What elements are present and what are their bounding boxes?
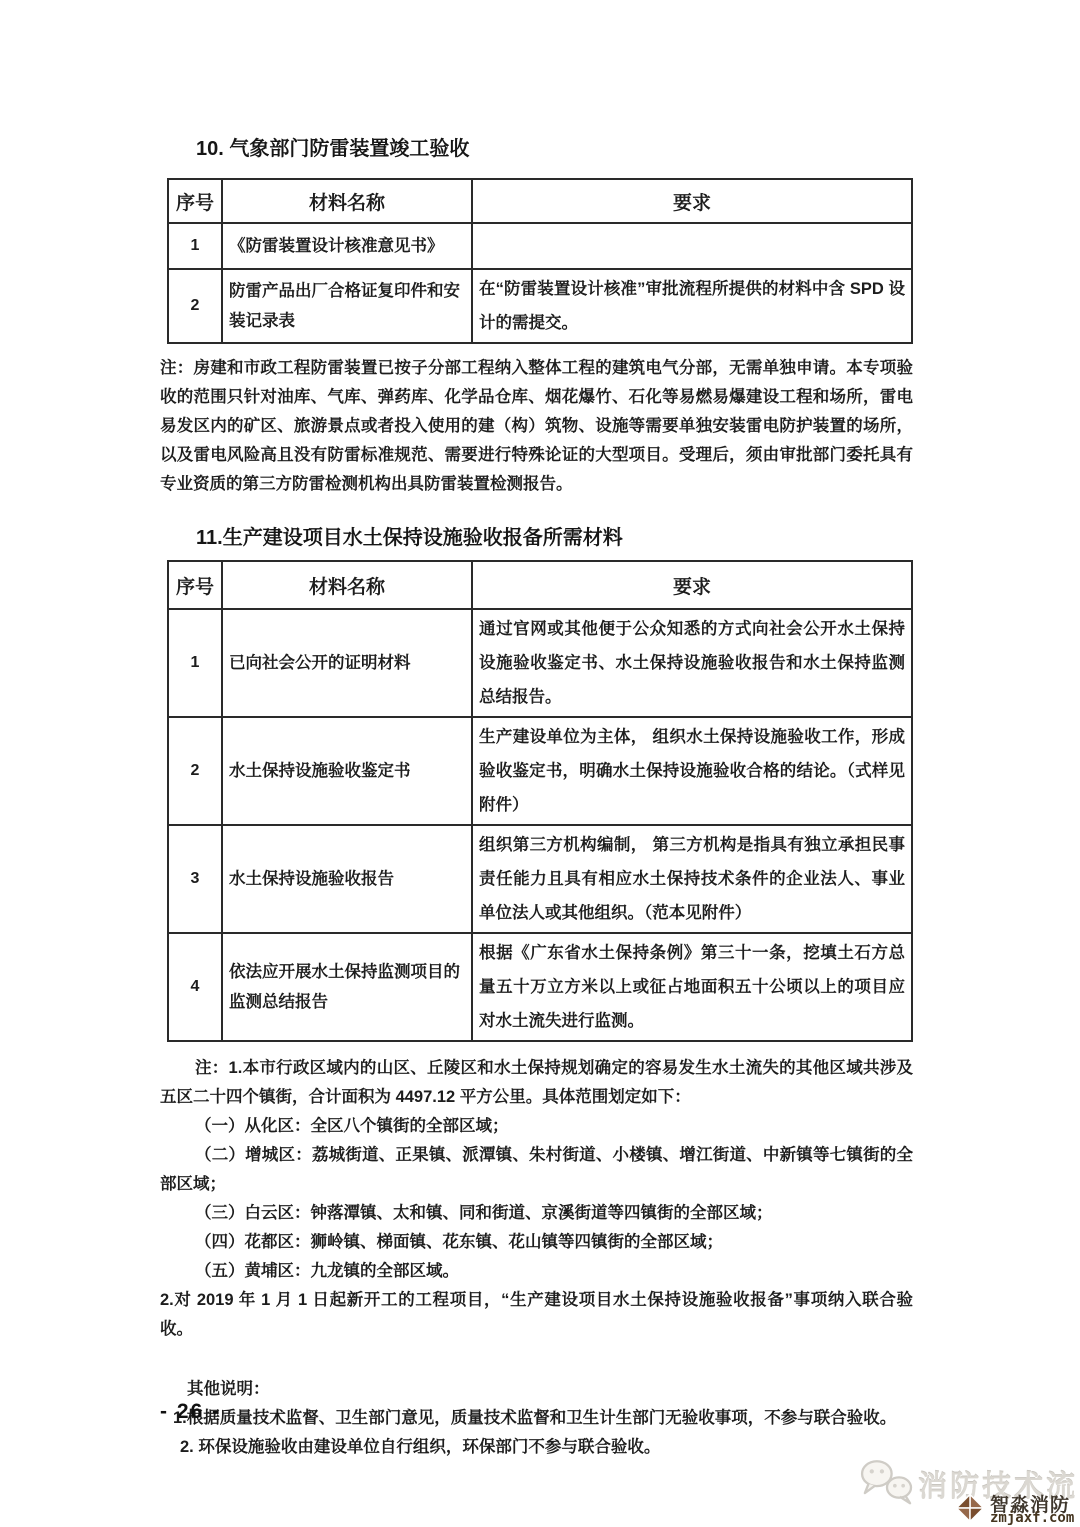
row-number-cell: 2 — [168, 717, 222, 825]
table-row: 1 已向社会公开的证明材料 通过官网或其他便于公众知悉的方式向社会公开水土保持设… — [168, 609, 912, 717]
table-row: 1 《防雷装置设计核准意见书》 — [168, 223, 912, 269]
other-notes-item: 2. 环保设施验收由建设单位自行组织，环保部门不参与联合验收。 — [160, 1433, 913, 1462]
table-row: 2 水土保持设施验收鉴定书 生产建设单位为主体， 组织水土保持设施验收工作，形成… — [168, 717, 912, 825]
watermark: 消防技术流 智淼消防 zmjaxf.com — [850, 1448, 1080, 1527]
other-notes-block: 其他说明： 1.根据质量技术监督、卫生部门意见，质量技术监督和卫生计生部门无验收… — [160, 1375, 913, 1462]
document-page: 10. 气象部门防雷装置竣工验收 序号 材料名称 要求 1 《防雷装置设计核准意… — [0, 0, 1080, 1527]
header-requirement: 要求 — [472, 561, 912, 609]
header-no: 序号 — [168, 561, 222, 609]
requirement-cell: 根据《广东省水土保持条例》第三十一条，挖填土石方总量五十万立方米以上或征占地面积… — [472, 933, 912, 1041]
material-cell: 已向社会公开的证明材料 — [222, 609, 472, 717]
section10-note: 注：房建和市政工程防雷装置已按子分部工程纳入整体工程的建筑电气分部，无需单独申请… — [160, 354, 913, 499]
table-row: 2 防雷产品出厂合格证复印件和安装记录表 在“防雷装置设计核准”审批流程所提供的… — [168, 269, 912, 343]
row-number-cell: 4 — [168, 933, 222, 1041]
row-number-cell: 1 — [168, 609, 222, 717]
header-requirement: 要求 — [472, 179, 912, 223]
requirement-cell: 通过官网或其他便于公众知悉的方式向社会公开水土保持设施验收鉴定书、水土保持设施验… — [472, 609, 912, 717]
row-number-cell: 2 — [168, 269, 222, 343]
row-number-cell: 1 — [168, 223, 222, 269]
watermark-brand-url: zmjaxf.com — [990, 1510, 1074, 1526]
table-row: 3 水土保持设施验收报告 组织第三方机构编制， 第三方机构是指具有独立承担民事责… — [168, 825, 912, 933]
requirement-cell: 生产建设单位为主体， 组织水土保持设施验收工作，形成验收鉴定书，明确水土保持设施… — [472, 717, 912, 825]
material-cell: 水土保持设施验收鉴定书 — [222, 717, 472, 825]
material-cell: 《防雷装置设计核准意见书》 — [222, 223, 472, 269]
wechat-icon — [856, 1458, 918, 1506]
section11-note-item: （一）从化区：全区八个镇街的全部区域； — [160, 1112, 913, 1141]
section11-title: 11.生产建设项目水土保持设施验收报备所需材料 — [160, 525, 913, 551]
section11-note-2019: 2.对 2019 年 1 月 1 日起新开工的工程项目，“生产建设项目水土保持设… — [160, 1286, 913, 1344]
section11-note-item: （四）花都区：狮岭镇、梯面镇、花东镇、花山镇等四镇街的全部区域； — [160, 1228, 913, 1257]
material-cell: 防雷产品出厂合格证复印件和安装记录表 — [222, 269, 472, 343]
document-content: 10. 气象部门防雷装置竣工验收 序号 材料名称 要求 1 《防雷装置设计核准意… — [160, 0, 913, 1462]
section11-note-item: （三）白云区：钟落潭镇、太和镇、同和街道、京溪街道等四镇街的全部区域； — [160, 1199, 913, 1228]
section11-note-main: 注：1.本市行政区域内的山区、丘陵区和水土保持规划确定的容易发生水土流失的其他区… — [160, 1054, 913, 1112]
other-notes-item: 1.根据质量技术监督、卫生部门意见，质量技术监督和卫生计生部门无验收事项，不参与… — [160, 1404, 913, 1433]
section11-note-item: （五）黄埔区：九龙镇的全部区域。 — [160, 1257, 913, 1286]
section10-title: 10. 气象部门防雷装置竣工验收 — [160, 136, 913, 162]
header-material: 材料名称 — [222, 179, 472, 223]
table-header-row: 序号 材料名称 要求 — [168, 179, 912, 223]
zhimiao-logo-icon — [955, 1493, 985, 1523]
other-notes-title: 其他说明： — [160, 1375, 913, 1404]
material-cell: 水土保持设施验收报告 — [222, 825, 472, 933]
section11-note-item: （二）增城区：荔城街道、正果镇、派潭镇、朱村街道、小楼镇、增江街道、中新镇等七镇… — [160, 1141, 913, 1199]
row-number-cell: 3 — [168, 825, 222, 933]
header-no: 序号 — [168, 179, 222, 223]
table-header-row: 序号 材料名称 要求 — [168, 561, 912, 609]
table-row: 4 依法应开展水土保持监测项目的监测总结报告 根据《广东省水土保持条例》第三十一… — [168, 933, 912, 1041]
section10-table: 序号 材料名称 要求 1 《防雷装置设计核准意见书》 2 防雷产品出厂合格证复印… — [167, 178, 913, 344]
requirement-cell: 组织第三方机构编制， 第三方机构是指具有独立承担民事责任能力且具有相应水土保持技… — [472, 825, 912, 933]
header-material: 材料名称 — [222, 561, 472, 609]
requirement-cell: 在“防雷装置设计核准”审批流程所提供的材料中含 SPD 设计的需提交。 — [472, 269, 912, 343]
page-number: - 26 - — [160, 1400, 221, 1424]
section11-table: 序号 材料名称 要求 1 已向社会公开的证明材料 通过官网或其他便于公众知悉的方… — [167, 560, 913, 1042]
material-cell: 依法应开展水土保持监测项目的监测总结报告 — [222, 933, 472, 1041]
requirement-cell — [472, 223, 912, 269]
